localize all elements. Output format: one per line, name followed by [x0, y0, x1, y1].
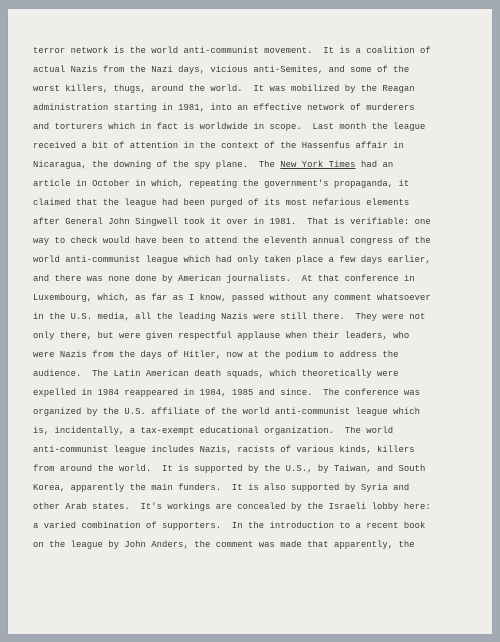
- text-line: is, incidentally, a tax-exempt education…: [33, 422, 473, 441]
- text-line: audience. The Latin American death squad…: [33, 365, 473, 384]
- text-line: Korea, apparently the main funders. It i…: [33, 479, 473, 498]
- text-line: from around the world. It is supported b…: [33, 460, 473, 479]
- text-line: on the league by John Anders, the commen…: [33, 536, 473, 555]
- text-line: terror network is the world anti-communi…: [33, 42, 473, 61]
- text-line: other Arab states. It's workings are con…: [33, 498, 473, 517]
- text-line: were Nazis from the days of Hitler, now …: [33, 346, 473, 365]
- text-line: Luxembourg, which, as far as I know, pas…: [33, 289, 473, 308]
- text-line: and torturers which in fact is worldwide…: [33, 118, 473, 137]
- text-line: claimed that the league had been purged …: [33, 194, 473, 213]
- text-line: actual Nazis from the Nazi days, vicious…: [33, 61, 473, 80]
- text-line: received a bit of attention in the conte…: [33, 137, 473, 156]
- text-line: and there was none done by American jour…: [33, 270, 473, 289]
- text-segment: Nicaragua, the downing of the spy plane.…: [33, 160, 280, 170]
- text-line: administration starting in 1981, into an…: [33, 99, 473, 118]
- text-line: Nicaragua, the downing of the spy plane.…: [33, 156, 473, 175]
- text-line: worst killers, thugs, around the world. …: [33, 80, 473, 99]
- text-line: way to check would have been to attend t…: [33, 232, 473, 251]
- body-text: terror network is the world anti-communi…: [33, 42, 473, 555]
- text-line: world anti-communist league which had on…: [33, 251, 473, 270]
- text-line: article in October in which, repeating t…: [33, 175, 473, 194]
- text-line: only there, but were given respectful ap…: [33, 327, 473, 346]
- text-segment: had an: [356, 160, 394, 170]
- typewritten-page: terror network is the world anti-communi…: [8, 9, 492, 634]
- text-line: anti-communist league includes Nazis, ra…: [33, 441, 473, 460]
- text-line: expelled in 1984 reappeared in 1984, 198…: [33, 384, 473, 403]
- newspaper-title: New York Times: [280, 160, 355, 170]
- text-line: a varied combination of supporters. In t…: [33, 517, 473, 536]
- text-line: in the U.S. media, all the leading Nazis…: [33, 308, 473, 327]
- text-line: after General John Singwell took it over…: [33, 213, 473, 232]
- text-line: organized by the U.S. affiliate of the w…: [33, 403, 473, 422]
